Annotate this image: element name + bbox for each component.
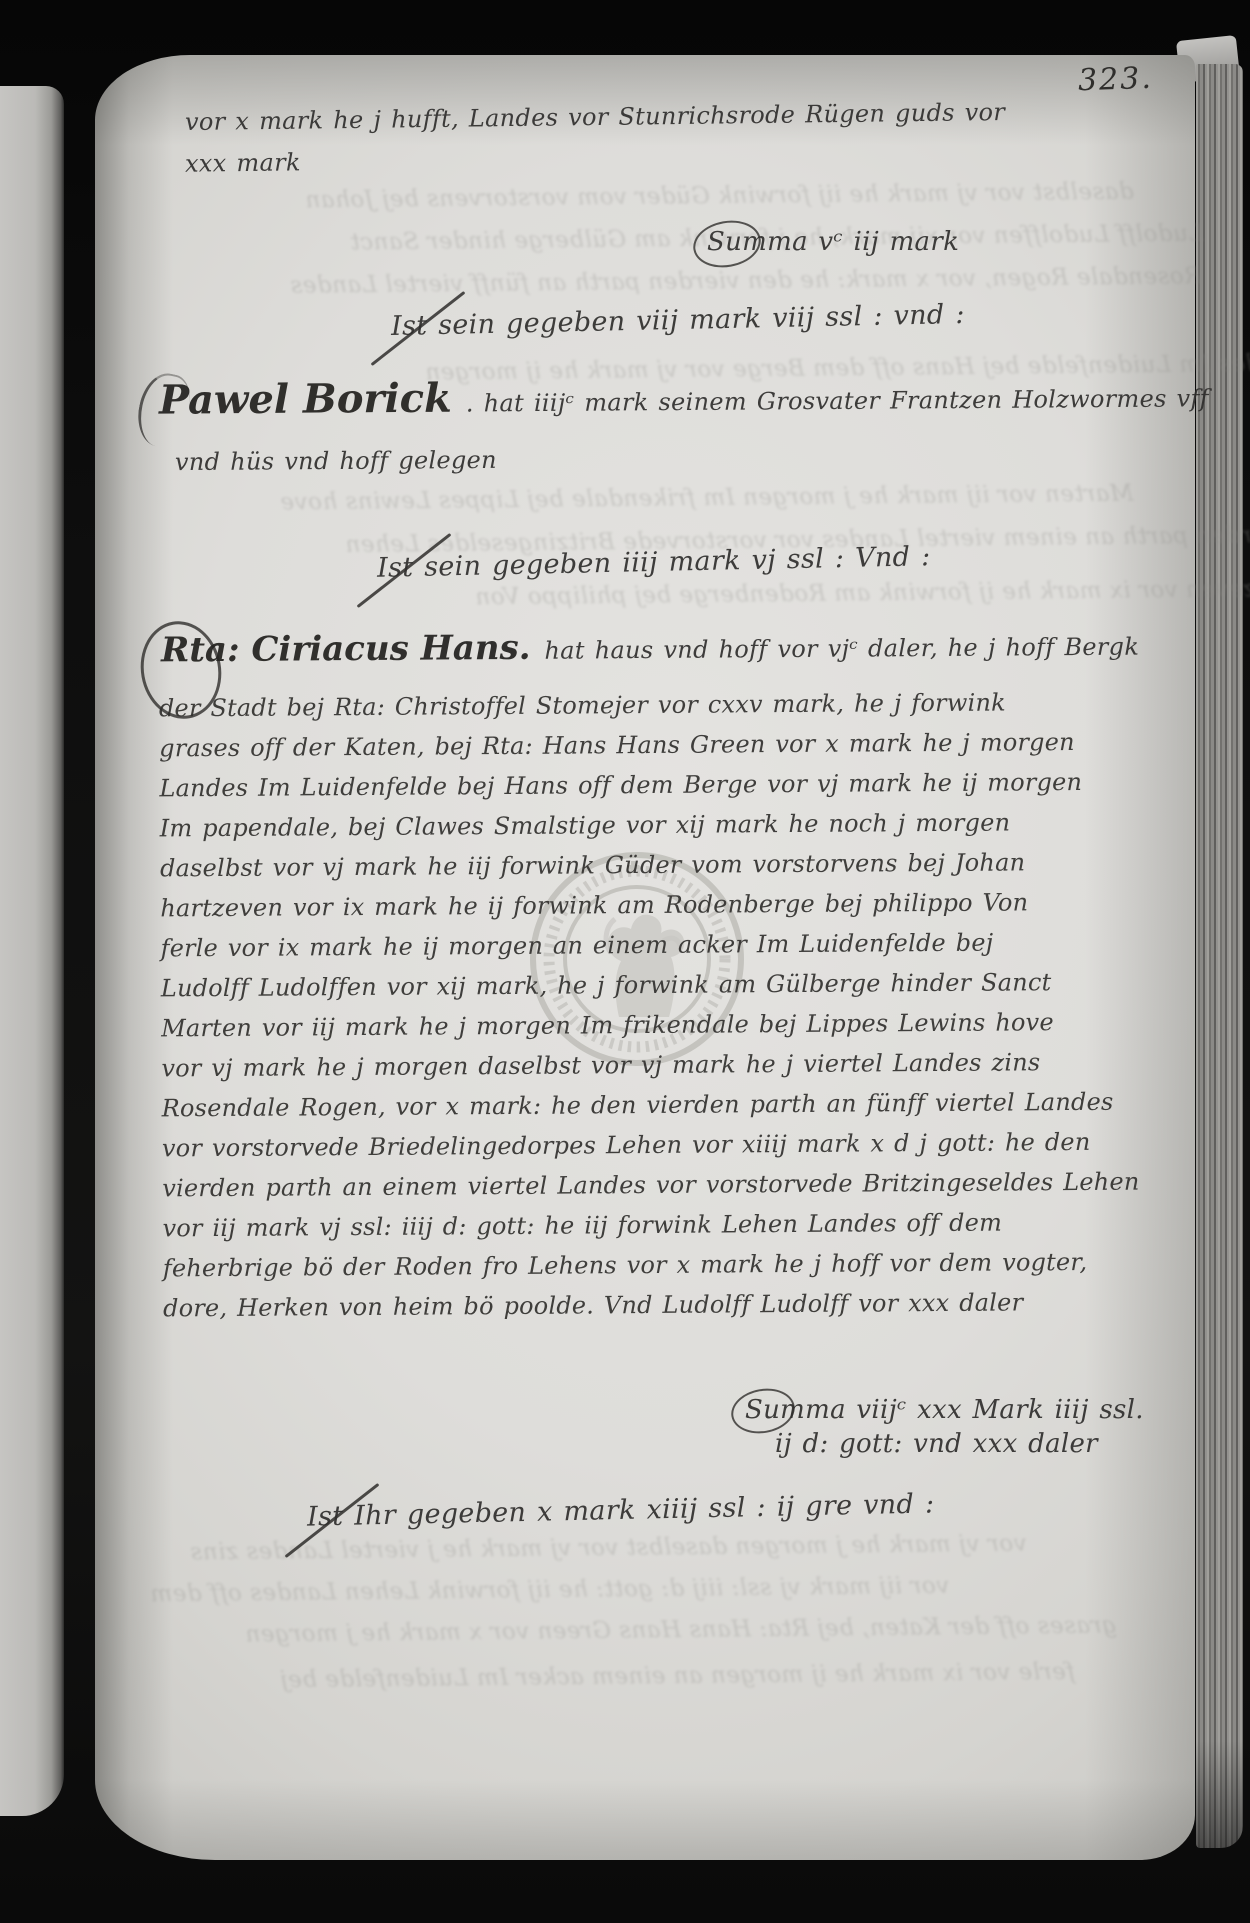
entry3-summa1: Summa viijᶜ xxx Mark iiij ssl. [745,1395,1144,1425]
entry1-payment: Ist sein gegeben viij mark viij ssl : vn… [391,299,965,342]
entry1-line1: vor x mark he j hufft, Landes vor Stunri… [185,98,1005,136]
entry3-line: vor vj mark he j morgen daselbst vor vj … [161,1042,1138,1089]
entry3-text1: hat haus vnd hoff vor vjᶜ daler, he j ho… [544,633,1139,665]
bleedthrough-text: daselbst vor vj mark he iij forwink Güde… [305,179,1134,214]
bleedthrough-text: hartzeven vor ix mark he ij forwink am R… [475,576,1250,611]
left-page-edge [0,86,64,1816]
bleedthrough-text: grases off der Katen, bej Rta: Hans Hans… [245,1612,1117,1647]
entry3-line: grases off der Katen, bej Rta: Hans Hans… [159,722,1136,769]
entry3-line: hartzeven vor ix mark he ij forwink am R… [160,882,1137,929]
bleedthrough-text: vor iij mark vj ssl: iiij d: gott: he ii… [150,1573,950,1607]
entry1-summa: Summa vᶜ iij mark [707,227,959,257]
entry3-body: der Stadt bej Rta: Christoffel Stomejer … [159,682,1141,1329]
entry3-line: der Stadt bej Rta: Christoffel Stomejer … [159,682,1136,729]
book-fore-edge [1196,64,1243,1848]
entry3-line: Marten vor iij mark he j morgen Im frike… [161,1002,1138,1049]
photographed-book-scene: 323. daselbst vor vj mark he iij forwink… [0,0,1250,1923]
entry3-line: vierden parth an einem viertel Landes vo… [162,1162,1139,1209]
entry3-name: Rta: Ciriacus Hans. [161,628,531,671]
entry3-line: Ludolff Ludolffen vor xij mark, he j for… [161,962,1138,1009]
entry3-line: feherbrige bö der Roden fro Lehens vor x… [163,1242,1140,1289]
entry3-line: Landes Im Luidenfelde bej Hans off dem B… [159,762,1136,809]
entry2-name: Pawel Borick [159,375,452,424]
bleedthrough-text: Marten vor iij mark he j morgen Im frike… [280,481,1134,516]
manuscript-page: 323. daselbst vor vj mark he iij forwink… [95,55,1195,1860]
bleedthrough-text: vor vj mark he j morgen daselbst vor vj … [190,1531,1027,1566]
entry2-heading-row: Pawel Borick . hat iiijᶜ mark seinem Gro… [159,369,1209,423]
entry2-text1: . hat iiijᶜ mark seinem Grosvater Frantz… [466,384,1209,417]
entry3-line: vor iij mark vj ssl: iiij d: gott: he ii… [162,1202,1139,1249]
entry3-line: daselbst vor vj mark he iij forwink Güde… [160,842,1137,889]
entry1-line2: xxx mark [185,148,301,177]
folio-number: 323. [1077,61,1153,99]
entry3-payment: Ist Ihr gegeben x mark xiiij ssl : ij gr… [307,1488,935,1532]
entry3-summa2: ij d: gott: vnd xxx daler [775,1429,1098,1459]
entry3-line: Im papendale, bej Clawes Smalstige vor x… [160,802,1137,849]
entry3-heading-row: Rta: Ciriacus Hans. hat haus vnd hoff vo… [161,624,1139,671]
entry3-line: ferle vor ix mark he ij morgen an einem … [160,922,1137,969]
bleedthrough-text: Rosendale Rogen, vor x mark: he den vier… [290,263,1202,299]
entry3-line: dore, Herken von heim bö poolde. Vnd Lud… [163,1282,1140,1329]
bleedthrough-text: ferle vor ix mark he ij morgen an einem … [280,1659,1075,1693]
entry3-line: vor vorstorvede Briedelingedorpes Lehen … [162,1122,1139,1169]
entry3-line: Rosendale Rogen, vor x mark: he den vier… [162,1082,1139,1129]
entry2-text2: vnd hüs vnd hoff gelegen [175,446,497,476]
